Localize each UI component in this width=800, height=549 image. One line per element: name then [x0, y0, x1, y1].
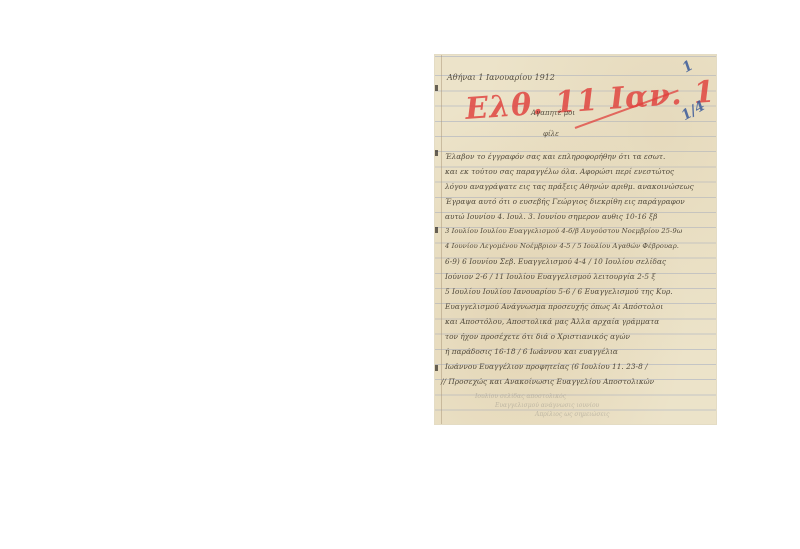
body-line: // Προσεχώς και Ανακοίνωσις Ευαγγελίου Α… [441, 377, 654, 386]
bleed-through-text: Ιουλίου σελίδας αποστολικός [475, 393, 566, 400]
body-line: 5 Ιουλίου Ιουλίου Ιανουαρίου 5-6 / 6 Ευα… [445, 287, 673, 296]
body-line: αυτώ Ιουνίου 4. Ιουλ. 3. Ιουνίου σημερον… [445, 212, 657, 221]
margin-mark [435, 150, 438, 156]
margin-mark [435, 227, 438, 233]
body-line: τον ήχον προσέχετε ότι διά ο Χριστιανικό… [445, 332, 630, 341]
bleed-through-text: Απρίλιος ως σημειώσεις [535, 411, 609, 418]
scanned-letter-page: Αθήναι 1 Ιανουαρίου 1912 Ελθ. 11 Ιαν. 19… [435, 55, 716, 424]
page-left-margin [441, 55, 442, 424]
body-line: λόγου αναγράψατε εις τας πράξεις Αθηνών … [445, 182, 694, 191]
blue-pencil-mark-top: 1 [680, 58, 696, 77]
body-line: και Αποστόλου, Αποστολικά μας Άλλα αρχαί… [445, 317, 659, 326]
salutation-line-2: φίλε [543, 130, 559, 138]
body-line: Ευαγγελισμού Ανάγνωσμα προσευχής όπως Αι… [445, 302, 663, 311]
body-line: 6-9) 6 Ιουνίου Σεβ. Ευαγγελισμού 4-4 / 1… [445, 257, 666, 266]
place-date-header: Αθήναι 1 Ιανουαρίου 1912 [447, 73, 555, 82]
body-line: 4 Ιουνίου Λεγομένου Νοέμβριον 4-5 / 5 Ιο… [445, 242, 679, 250]
body-line: Έλαβον το έγγραφόν σας και επληροφορήθην… [445, 152, 665, 161]
body-line: Έγραψα αυτό ότι ο ευσεβής Γεώργιος διεκρ… [445, 197, 685, 206]
margin-mark [435, 365, 438, 371]
margin-mark [435, 85, 438, 91]
body-line: ή παράδοσις 16-18 / 6 Ιωάννου και ευαγγέ… [445, 347, 618, 356]
salutation-line-1: Αγαπητέ μοι [531, 109, 575, 117]
body-line: Ιωάννου Ευαγγέλιον προφητείας (6 Ιουλίου… [445, 362, 648, 371]
body-line: Ιούνιον 2-6 / 11 Ιουλίου Ευαγγελισμού λε… [445, 272, 655, 281]
bleed-through-text: Ευαγγελισμού ανάγνωσις ιουνίου [495, 402, 599, 409]
body-line: και εκ τούτου σας παραγγέλω όλα. Αφορώσι… [445, 167, 674, 176]
body-line: 3 Ιουλίου Ιουλίου Ευαγγελισμού 4-6/β Αυγ… [445, 227, 682, 235]
